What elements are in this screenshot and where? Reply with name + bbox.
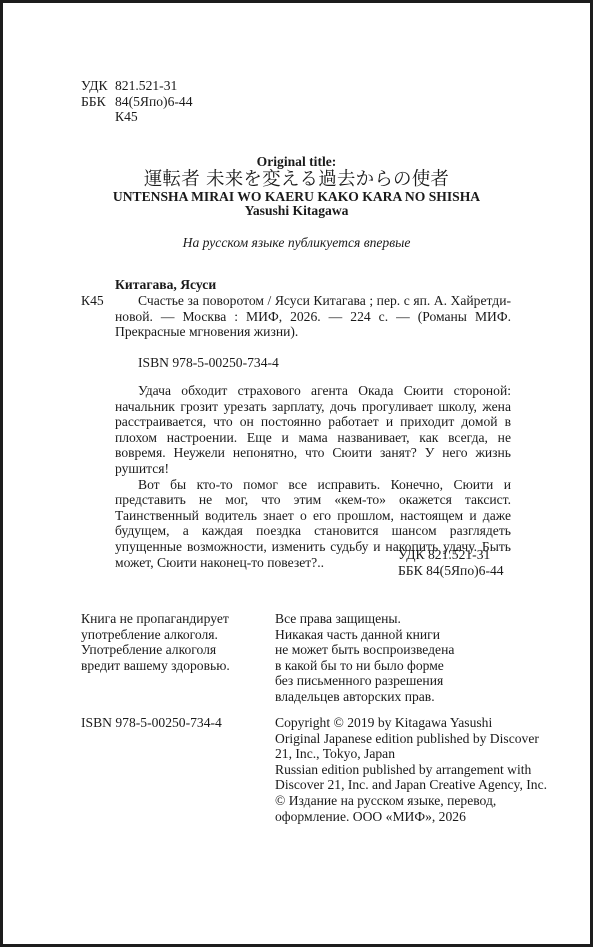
bibliographic-description: Счастье за поворотом / Ясуси Китагава ; … bbox=[115, 293, 511, 340]
copyright-line: Russian edition published by arrangement… bbox=[275, 762, 547, 778]
rights-notice-line: Никакая часть данной книги bbox=[275, 627, 454, 643]
annotation: Удача обходит страхового агента Окада Сю… bbox=[115, 383, 511, 570]
original-title-block: Original title: 運転者 未来を変える過去からの使者 UNTENS… bbox=[3, 154, 590, 218]
copyright-notice: Copyright © 2019 by Kitagawa Yasushi Ori… bbox=[275, 715, 547, 824]
original-title-label: Original title: bbox=[3, 154, 590, 169]
udk-row: УДК 821.521-31 bbox=[81, 78, 193, 94]
author-heading: Китагава, Ясуси bbox=[115, 277, 216, 293]
classification-repeat: УДК 821.521-31 ББК 84(5Япо)6-44 bbox=[398, 547, 504, 578]
bbk-repeat: ББК 84(5Япо)6-44 bbox=[398, 563, 504, 579]
original-title-romaji: UNTENSHA MIRAI WO KAERU KAKO KARA NO SHI… bbox=[3, 190, 590, 204]
copyright-page: УДК 821.521-31 ББК 84(5Япо)6-44 К45 Orig… bbox=[3, 3, 590, 944]
first-publication-note: На русском языке публикуется впервые bbox=[3, 235, 590, 251]
isbn: ISBN 978-5-00250-734-4 bbox=[138, 355, 279, 371]
author-mark-row: К45 bbox=[81, 109, 193, 125]
classification-block: УДК 821.521-31 ББК 84(5Япо)6-44 К45 bbox=[81, 78, 193, 125]
alcohol-notice-line: Книга не пропагандирует bbox=[81, 611, 230, 627]
alcohol-notice-line: употребление алкоголя. bbox=[81, 627, 230, 643]
rights-notice-line: без письменного разрешения bbox=[275, 673, 454, 689]
entry-author-mark: К45 bbox=[81, 293, 104, 309]
copyright-line: Copyright © 2019 by Kitagawa Yasushi bbox=[275, 715, 547, 731]
udk-label: УДК bbox=[81, 78, 115, 94]
rights-notice-line: не может быть воспроизведена bbox=[275, 642, 454, 658]
udk-repeat: УДК 821.521-31 bbox=[398, 547, 504, 563]
isbn-footer: ISBN 978-5-00250-734-4 bbox=[81, 715, 222, 731]
annotation-paragraph: Удача обходит страхового агента Окада Сю… bbox=[115, 383, 511, 477]
bbk-value: 84(5Япо)6-44 bbox=[115, 94, 193, 110]
author-mark: К45 bbox=[115, 109, 138, 125]
copyright-line: Original Japanese edition published by D… bbox=[275, 731, 547, 747]
alcohol-notice-line: Употребление алкоголя bbox=[81, 642, 230, 658]
rights-notice-line: Все права защищены. bbox=[275, 611, 454, 627]
udk-value: 821.521-31 bbox=[115, 78, 177, 94]
alcohol-notice-line: вредит вашему здоровью. bbox=[81, 658, 230, 674]
copyright-line: Discover 21, Inc. and Japan Creative Age… bbox=[275, 777, 547, 793]
copyright-line: 21, Inc., Tokyo, Japan bbox=[275, 746, 547, 762]
original-author: Yasushi Kitagawa bbox=[3, 204, 590, 218]
rights-notice-line: владельцев авторских прав. bbox=[275, 689, 454, 705]
original-title-japanese: 運転者 未来を変える過去からの使者 bbox=[3, 169, 590, 190]
copyright-line: оформление. ООО «МИФ», 2026 bbox=[275, 809, 547, 825]
bbk-label: ББК bbox=[81, 94, 115, 110]
rights-notice-line: в какой бы то ни было форме bbox=[275, 658, 454, 674]
bbk-row: ББК 84(5Япо)6-44 bbox=[81, 94, 193, 110]
alcohol-notice: Книга не пропагандирует употребление алк… bbox=[81, 611, 230, 673]
copyright-line: © Издание на русском языке, перевод, bbox=[275, 793, 547, 809]
rights-notice: Все права защищены. Никакая часть данной… bbox=[275, 611, 454, 705]
